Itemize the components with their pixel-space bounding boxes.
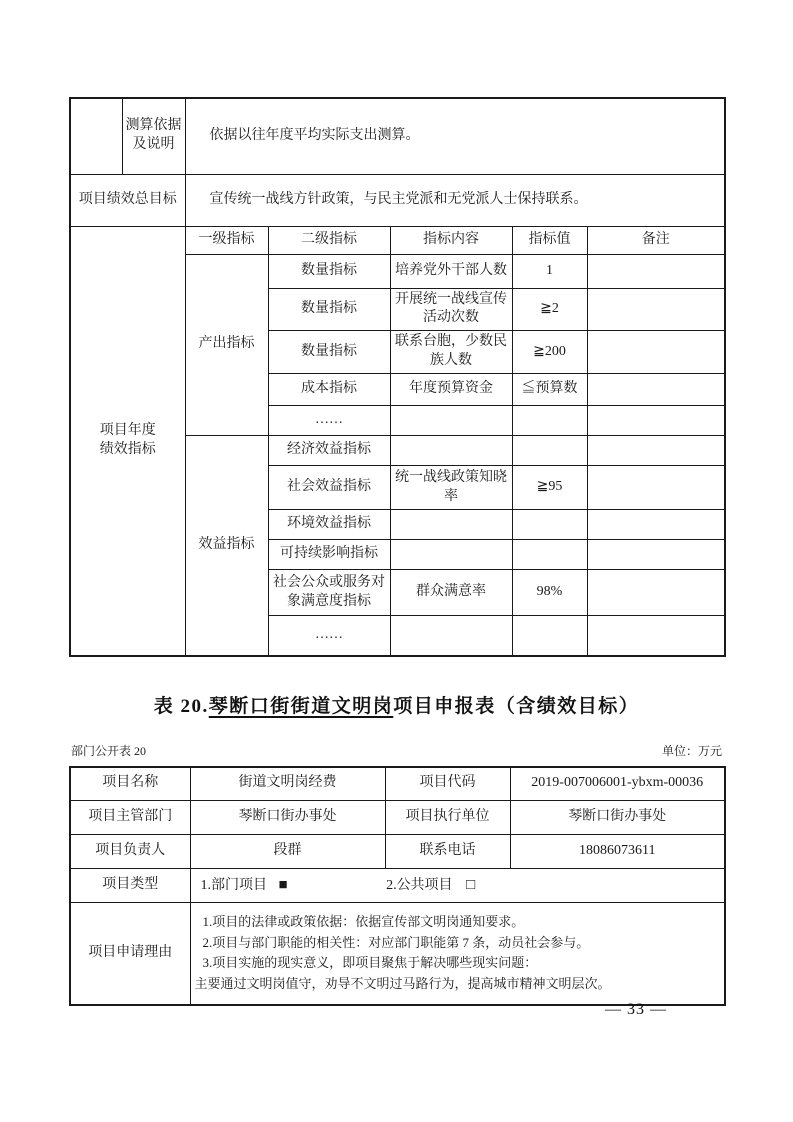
indicator-content: [390, 616, 512, 656]
indicator-value: ≧2: [512, 288, 587, 331]
meta-unit: 单位：万元: [662, 742, 722, 759]
indicator-remark: [587, 406, 725, 436]
application-reason-value: 1.项目的法律或政策依据：依据宣传部文明岗通知要求。 2.项目与部门职能的相关性…: [190, 903, 725, 1005]
project-name-value: 街道文明岗经费: [190, 767, 385, 801]
table-row: 项目名称 街道文明岗经费 项目代码 2019-007006001-ybxm-00…: [70, 767, 725, 801]
project-code-label: 项目代码: [385, 767, 510, 801]
project-application-table: 项目名称 街道文明岗经费 项目代码 2019-007006001-ybxm-00…: [69, 766, 726, 1006]
header-level1: 一级指标: [185, 226, 268, 254]
project-type-row: 项目类型 1.部门项目 ■ 2.公共项目 □: [70, 869, 725, 903]
indicator-ellipsis: ……: [268, 406, 390, 436]
indicator-content: [390, 436, 512, 466]
title-underlined-project-name: 琴断口街街道文明岗: [209, 696, 394, 717]
executing-unit-value: 琴断口街办事处: [510, 801, 725, 835]
project-name-label: 项目名称: [70, 767, 190, 801]
indicator-level2: 数量指标: [268, 331, 390, 374]
indicator-remark: [587, 288, 725, 331]
header-value: 指标值: [512, 226, 587, 254]
header-remark: 备注: [587, 226, 725, 254]
responsible-person-label: 项目负责人: [70, 835, 190, 869]
application-reason-label: 项目申请理由: [70, 903, 190, 1005]
indicator-value: [512, 540, 587, 570]
indicator-header-row: 项目年度 绩效指标 一级指标 二级指标 指标内容 指标值 备注: [70, 226, 725, 254]
application-reason-row: 项目申请理由 1.项目的法律或政策依据：依据宣传部文明岗通知要求。 2.项目与部…: [70, 903, 725, 1005]
reason-line: 主要通过文明岗值守，劝导不文明过马路行为，提高城市精神文明层次。: [195, 974, 715, 995]
calc-basis-value: 依据以往年度平均实际支出测算。: [185, 98, 725, 174]
overall-goal-label: 项目绩效总目标: [70, 174, 185, 226]
type-option-public: 2.公共项目: [386, 878, 453, 893]
document-sheet: 测算依据 及说明 依据以往年度平均实际支出测算。 项目绩效总目标 宣传统一战线方…: [69, 97, 724, 1006]
phone-value: 18086073611: [510, 835, 725, 869]
indicator-remark: [587, 374, 725, 406]
indicator-level2: 可持续影响指标: [268, 540, 390, 570]
reason-line: 3.项目实施的现实意义，即项目聚焦于解决哪些现实问题：: [195, 953, 715, 974]
output-group-label: 产出指标: [185, 254, 268, 436]
table-meta-row: 部门公开表 20 单位：万元: [69, 742, 724, 759]
table-row: 项目绩效总目标 宣传统一战线方针政策，与民主党派和无党派人士保持联系。: [70, 174, 725, 226]
indicator-value: 1: [512, 254, 587, 288]
indicator-level2: 经济效益指标: [268, 436, 390, 466]
supervisor-dept-value: 琴断口街办事处: [190, 801, 385, 835]
indicator-content: 培养党外干部人数: [390, 254, 512, 288]
indicator-remark: [587, 254, 725, 288]
benefit-group-label: 效益指标: [185, 436, 268, 656]
table-row: 测算依据 及说明 依据以往年度平均实际支出测算。: [70, 98, 725, 174]
page-number: — 33 —: [605, 1001, 667, 1019]
indicator-remark: [587, 540, 725, 570]
section-title: 表 20.琴断口街街道文明岗项目申报表（含绩效目标）: [69, 691, 724, 718]
reason-line: 2.项目与部门职能的相关性：对应部门职能第 7 条，动员社会参与。: [195, 933, 715, 954]
indicator-remark: [587, 616, 725, 656]
title-prefix: 表 20.: [154, 696, 209, 717]
supervisor-dept-label: 项目主管部门: [70, 801, 190, 835]
indicator-ellipsis: ……: [268, 616, 390, 656]
meta-table-id: 部门公开表 20: [71, 742, 146, 759]
indicator-level2: 社会效益指标: [268, 466, 390, 510]
overall-goal-value: 宣传统一战线方针政策，与民主党派和无党派人士保持联系。: [185, 174, 725, 226]
indicator-content: [390, 406, 512, 436]
indicator-remark: [587, 436, 725, 466]
responsible-person-value: 段群: [190, 835, 385, 869]
header-level2: 二级指标: [268, 226, 390, 254]
indicator-value: [512, 616, 587, 656]
calc-basis-label: 测算依据 及说明: [122, 98, 185, 174]
indicator-level2: 成本指标: [268, 374, 390, 406]
indicator-content: [390, 510, 512, 540]
indicator-content: 联系台胞，少数民族人数: [390, 331, 512, 374]
project-type-label: 项目类型: [70, 869, 190, 903]
performance-indicator-table: 测算依据 及说明 依据以往年度平均实际支出测算。 项目绩效总目标 宣传统一战线方…: [69, 97, 726, 657]
indicator-content: 群众满意率: [390, 570, 512, 616]
indicator-remark: [587, 331, 725, 374]
indicator-content: [390, 540, 512, 570]
indicator-content: 开展统一战线宣传活动次数: [390, 288, 512, 331]
project-code-value: 2019-007006001-ybxm-00036: [510, 767, 725, 801]
indicator-value: 98%: [512, 570, 587, 616]
title-suffix: 项目申报表（含绩效目标）: [393, 696, 639, 717]
annual-indicator-label: 项目年度 绩效指标: [70, 226, 185, 656]
indicator-remark: [587, 570, 725, 616]
indicator-value: [512, 436, 587, 466]
table-row: 项目负责人 段群 联系电话 18086073611: [70, 835, 725, 869]
type-option-department: 1.部门项目: [201, 878, 268, 893]
indicator-value: ≧200: [512, 331, 587, 374]
indicator-value: [512, 406, 587, 436]
checkbox-filled-icon: ■: [279, 877, 288, 893]
indicator-remark: [587, 466, 725, 510]
indicator-value: [512, 510, 587, 540]
indicator-level2: 社会公众或服务对象满意度指标: [268, 570, 390, 616]
project-type-options: 1.部门项目 ■ 2.公共项目 □: [190, 869, 725, 903]
table-row: 项目主管部门 琴断口街办事处 项目执行单位 琴断口街办事处: [70, 801, 725, 835]
empty-cell: [70, 98, 122, 174]
indicator-level2: 环境效益指标: [268, 510, 390, 540]
indicator-value: ≦预算数: [512, 374, 587, 406]
header-content: 指标内容: [390, 226, 512, 254]
indicator-remark: [587, 510, 725, 540]
indicator-level2: 数量指标: [268, 254, 390, 288]
checkbox-empty-icon: □: [466, 877, 475, 893]
indicator-value: ≧95: [512, 466, 587, 510]
executing-unit-label: 项目执行单位: [385, 801, 510, 835]
indicator-level2: 数量指标: [268, 288, 390, 331]
indicator-content: 年度预算资金: [390, 374, 512, 406]
phone-label: 联系电话: [385, 835, 510, 869]
reason-line: 1.项目的法律或政策依据：依据宣传部文明岗通知要求。: [195, 912, 715, 933]
indicator-content: 统一战线政策知晓率: [390, 466, 512, 510]
